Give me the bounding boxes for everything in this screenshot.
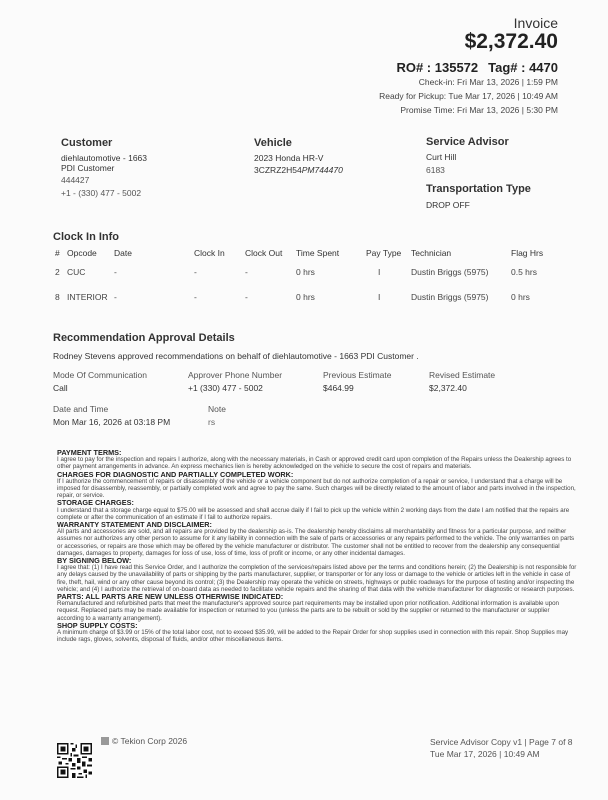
terms-heading: SHOP SUPPLY COSTS: <box>57 622 577 629</box>
terms-heading: STORAGE CHARGES: <box>57 499 577 506</box>
terms-heading: PARTS: ALL PARTS ARE NEW UNLESS OTHERWIS… <box>57 593 577 600</box>
terms-heading: CHARGES FOR DIAGNOSTIC AND PARTIALLY COM… <box>57 471 577 478</box>
service-advisor-id: 6183 <box>426 165 445 176</box>
cell-pay-type: I <box>366 267 411 292</box>
cell-date: - <box>114 267 194 292</box>
terms-and-conditions: PAYMENT TERMS: I agree to pay for the in… <box>57 449 577 643</box>
vin-prefix: 3CZRZ2H54 <box>254 165 302 175</box>
previous-estimate-value: $464.99 <box>323 383 354 394</box>
approval-summary: Rodney Stevens approved recommendations … <box>53 351 419 362</box>
table-row: 8 INTERIOR - - - 0 hrs I Dustin Briggs (… <box>55 292 575 317</box>
col-clock-in: Clock In <box>194 248 245 267</box>
col-technician: Technician <box>411 248 511 267</box>
cell-number: 8 <box>55 292 67 317</box>
service-advisor-heading: Service Advisor <box>426 136 509 148</box>
terms-body: A minimum charge of $3.99 or 15% of the … <box>57 629 577 643</box>
note-value: rs <box>208 417 215 428</box>
copy-info: Service Advisor Copy v1 | Page 7 of 8 <box>430 737 573 747</box>
clock-in-header-row: # Opcode Date Clock In Clock Out Time Sp… <box>55 248 575 267</box>
terms-body: Remanufactured and refurbished parts tha… <box>57 600 577 622</box>
mode-value: Call <box>53 383 68 394</box>
tag-number: Tag# : 4470 <box>488 60 558 75</box>
cell-number: 2 <box>55 267 67 292</box>
date-time-label: Date and Time <box>53 404 108 414</box>
terms-body: I agree that: (1) I have read this Servi… <box>57 564 577 593</box>
service-advisor-name: Curt Hill <box>426 152 456 163</box>
printed-time: Tue Mar 17, 2026 | 10:49 AM <box>430 749 540 759</box>
vin-suffix: PM744470 <box>302 165 343 175</box>
cell-time-spent: 0 hrs <box>296 292 366 317</box>
date-time-value: Mon Mar 16, 2026 at 03:18 PM <box>53 417 170 428</box>
cell-clock-out: - <box>245 267 296 292</box>
transportation-type: DROP OFF <box>426 200 470 211</box>
terms-heading: WARRANTY STATEMENT AND DISCLAIMER: <box>57 521 577 528</box>
clock-in-heading: Clock In Info <box>53 231 119 243</box>
terms-heading: BY SIGNING BELOW: <box>57 557 577 564</box>
cell-flag-hrs: 0.5 hrs <box>511 267 575 292</box>
qr-code-icon <box>57 743 92 778</box>
customer-name-line2: PDI Customer <box>61 163 114 174</box>
terms-body: If I authorize the commencement of repai… <box>57 478 577 500</box>
revised-estimate-value: $2,372.40 <box>429 383 467 394</box>
mode-label: Mode Of Communication <box>53 370 147 380</box>
check-in-time: Check-in: Fri Mar 13, 2026 | 1:59 PM <box>419 77 558 87</box>
vehicle-model: 2023 Honda HR-V <box>254 153 323 164</box>
col-clock-out: Clock Out <box>245 248 296 267</box>
col-time-spent: Time Spent <box>296 248 366 267</box>
cell-opcode: INTERIOR <box>67 292 114 317</box>
cell-clock-out: - <box>245 292 296 317</box>
cell-clock-in: - <box>194 292 245 317</box>
previous-estimate-label: Previous Estimate <box>323 370 392 380</box>
ro-number: RO# : 135572 <box>396 60 478 75</box>
col-opcode: Opcode <box>67 248 114 267</box>
vehicle-vin: 3CZRZ2H54PM744470 <box>254 165 343 176</box>
cell-date: - <box>114 292 194 317</box>
clock-in-table: # Opcode Date Clock In Clock Out Time Sp… <box>55 248 575 317</box>
cell-flag-hrs: 0 hrs <box>511 292 575 317</box>
transportation-heading: Transportation Type <box>426 183 531 195</box>
terms-body: I agree to pay for the inspection and re… <box>57 456 577 470</box>
col-date: Date <box>114 248 194 267</box>
terms-body: I understand that a storage charge equal… <box>57 507 577 521</box>
table-row: 2 CUC - - - 0 hrs I Dustin Briggs (5975)… <box>55 267 575 292</box>
col-number: # <box>55 248 67 267</box>
customer-phone: +1 - (330) 477 - 5002 <box>61 188 141 199</box>
approver-phone-label: Approver Phone Number <box>188 370 282 380</box>
note-label: Note <box>208 404 226 414</box>
cell-technician: Dustin Briggs (5975) <box>411 292 511 317</box>
ready-for-pickup-time: Ready for Pickup: Tue Mar 17, 2026 | 10:… <box>379 91 558 101</box>
copyright: © Tekion Corp 2026 <box>101 736 187 746</box>
customer-id: 444427 <box>61 175 89 186</box>
terms-body: All parts and accessories are sold, and … <box>57 528 577 557</box>
terms-heading: PAYMENT TERMS: <box>57 449 577 456</box>
cell-pay-type: I <box>366 292 411 317</box>
cell-technician: Dustin Briggs (5975) <box>411 267 511 292</box>
tekion-logo-icon <box>101 737 109 745</box>
copyright-text: © Tekion Corp 2026 <box>112 736 187 746</box>
ro-tag-line: RO# : 135572Tag# : 4470 <box>386 60 558 75</box>
revised-estimate-label: Revised Estimate <box>429 370 495 380</box>
cell-time-spent: 0 hrs <box>296 267 366 292</box>
approval-heading: Recommendation Approval Details <box>53 332 235 344</box>
vehicle-heading: Vehicle <box>254 137 292 149</box>
col-flag-hrs: Flag Hrs <box>511 248 575 267</box>
customer-heading: Customer <box>61 137 112 149</box>
approver-phone-value: +1 (330) 477 - 5002 <box>188 383 263 394</box>
col-pay-type: Pay Type <box>366 248 411 267</box>
cell-clock-in: - <box>194 267 245 292</box>
promise-time: Promise Time: Fri Mar 13, 2026 | 5:30 PM <box>400 105 558 115</box>
document-type: Invoice <box>514 15 558 31</box>
invoice-total: $2,372.40 <box>465 30 558 54</box>
cell-opcode: CUC <box>67 267 114 292</box>
